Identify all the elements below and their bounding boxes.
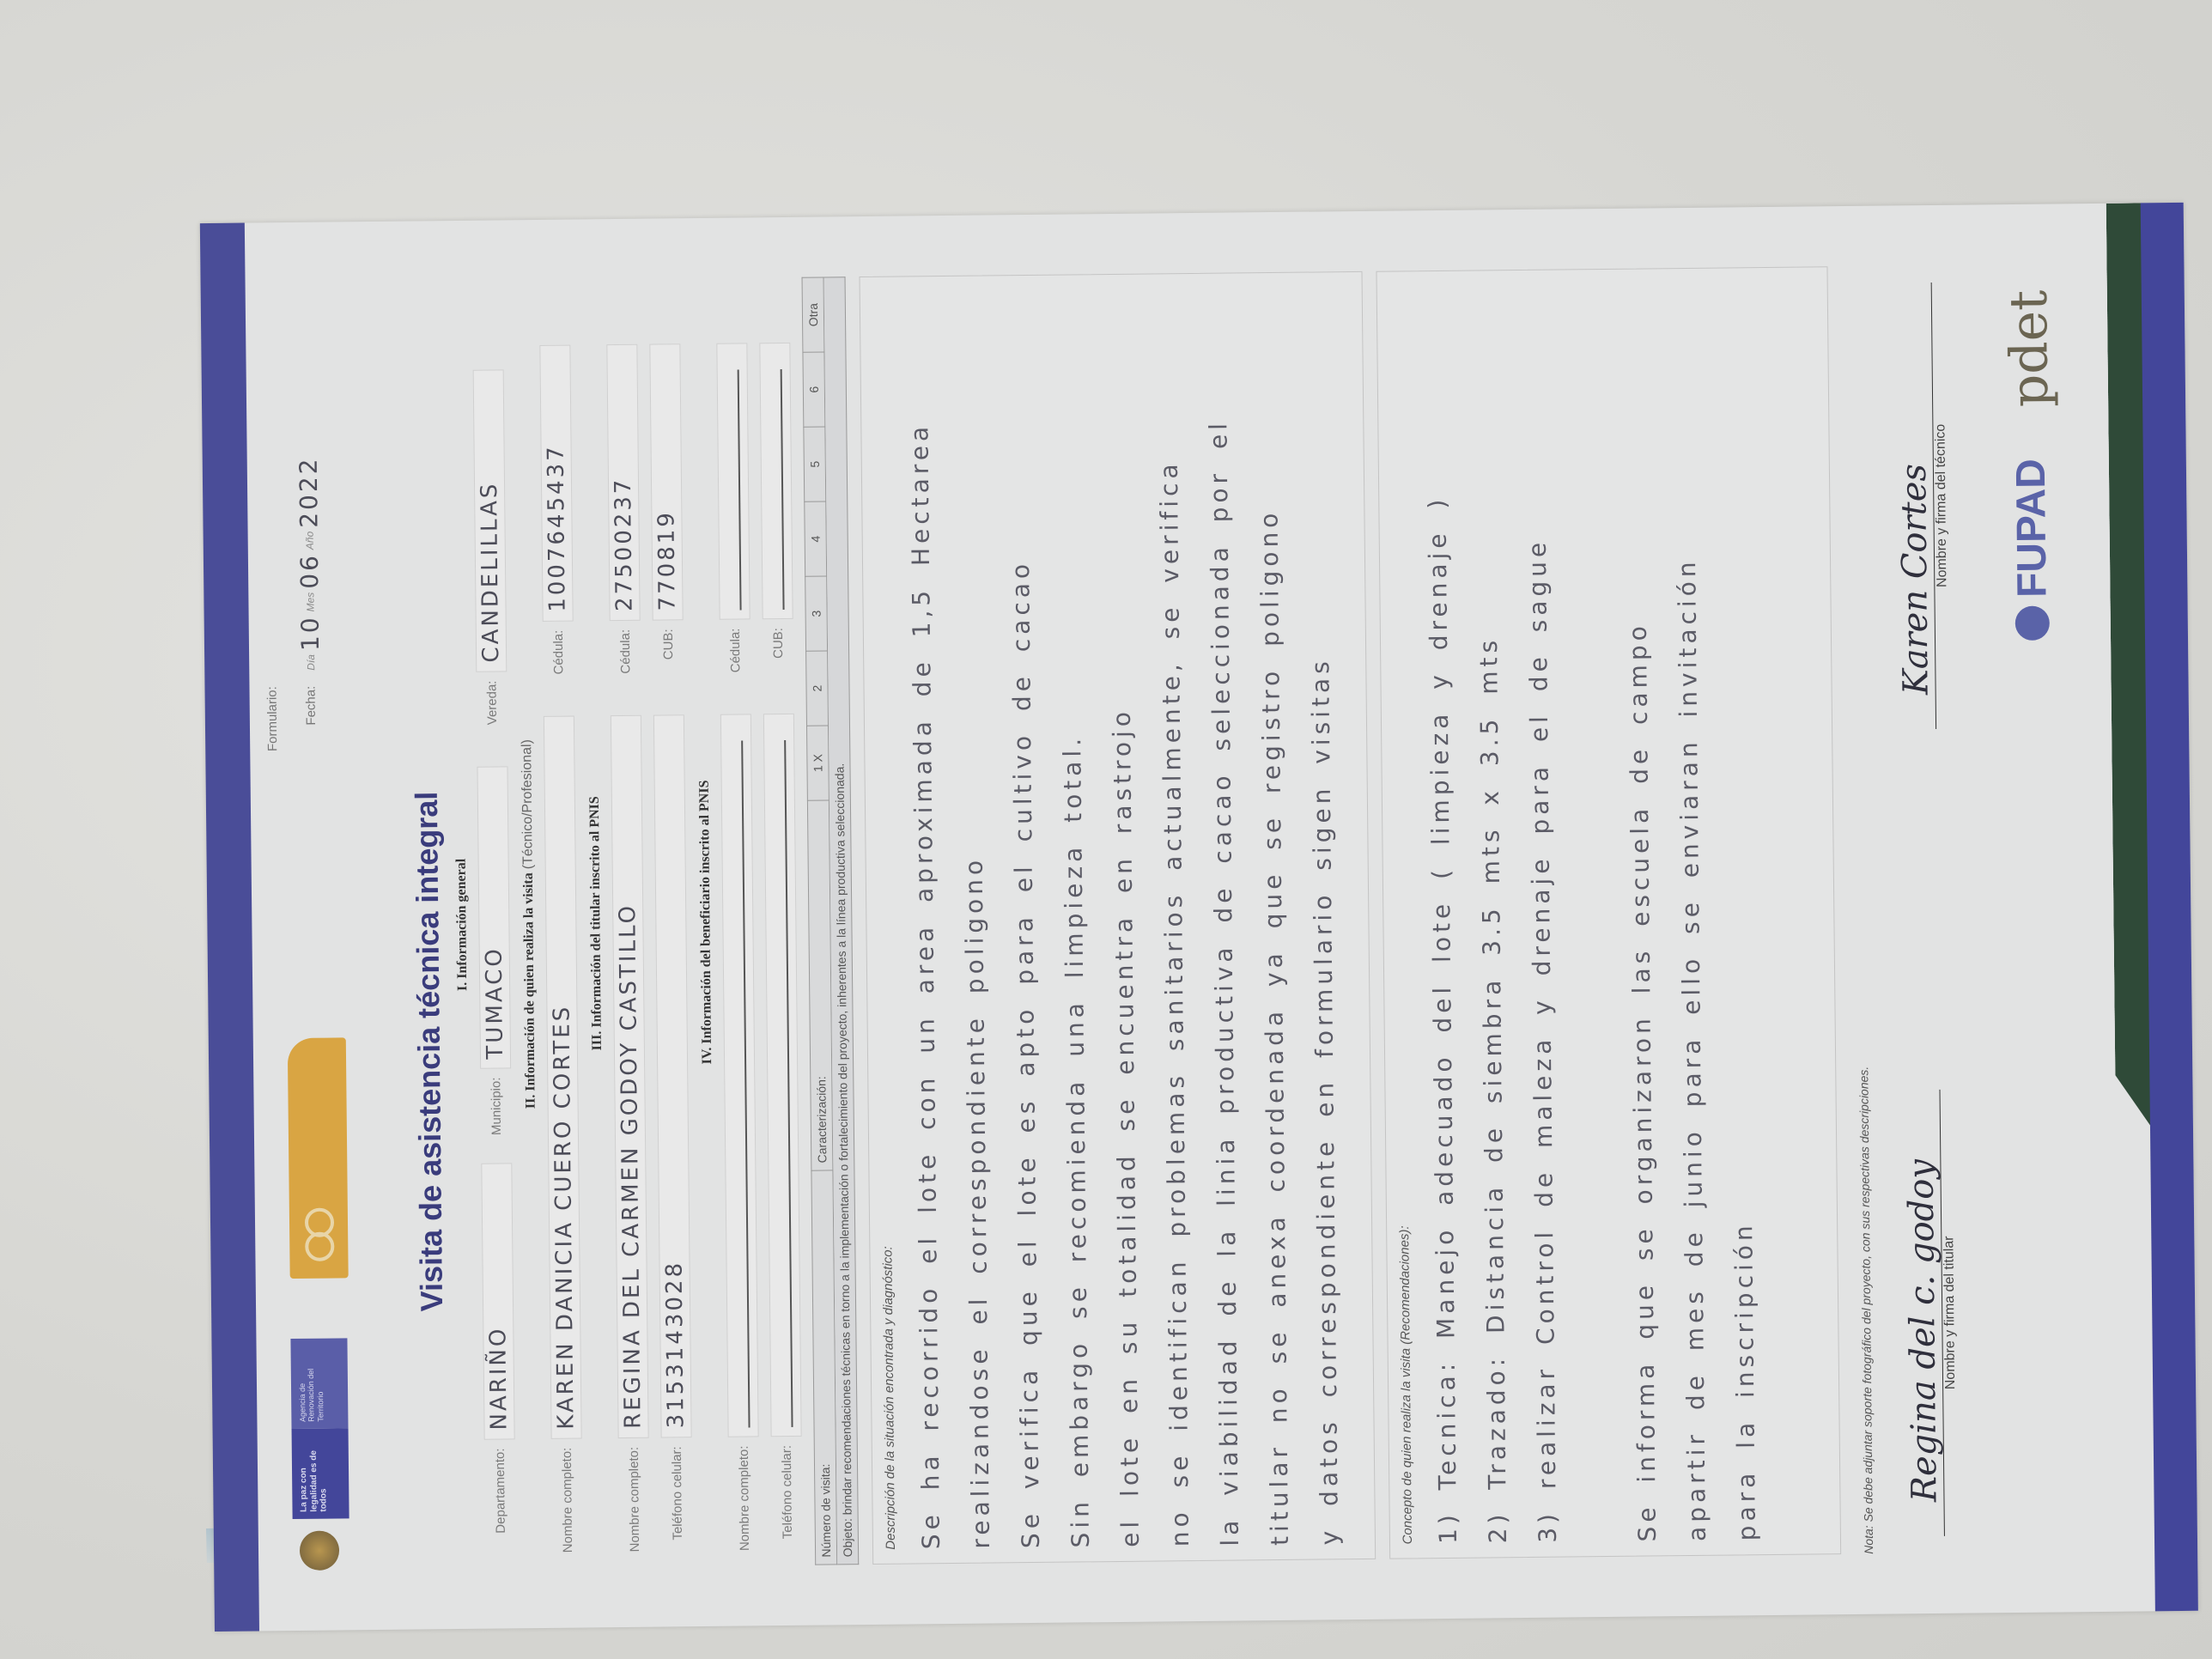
photo-support-note: Nota: Se debe adjuntar soporte fotográfi… <box>1848 266 1875 1554</box>
date-day: 10 <box>296 615 325 651</box>
visit-option-3: 3 <box>805 576 828 651</box>
footer-logos: FUPAD pdet <box>1998 264 2072 1553</box>
date-year: 2022 <box>295 456 324 528</box>
visit-option-5: 5 <box>804 427 826 501</box>
visit-option-otra: Otra <box>802 277 824 352</box>
municipio-value: TUMACO <box>477 766 511 1068</box>
visit-option-6: 6 <box>803 352 825 427</box>
form-bottom-bands <box>2106 203 2198 1612</box>
pnis-logo <box>288 1037 349 1279</box>
titular-cedula-value: 27500237 <box>606 344 640 621</box>
section-general-heading: I. Información general <box>448 281 477 1569</box>
beneficiary-cedula-blank <box>726 370 742 611</box>
vereda-value: CANDELILLAS <box>473 369 507 671</box>
departamento-value: NARIÑO <box>481 1163 514 1439</box>
titular-signature: Regina del c. godoy Nombre y firma del t… <box>1940 1090 1960 1536</box>
visit-option-4: 4 <box>805 501 827 576</box>
description-text: Se ha recorrido el lote con un area apro… <box>894 286 1355 1549</box>
colombia-coat-of-arms-icon <box>300 1530 339 1570</box>
titular-name-value: REGINA DEL CARMEN GODOY CASTILLO <box>611 715 649 1438</box>
recommendations-caption: Concepto de quien realiza la visita (Rec… <box>1388 285 1415 1544</box>
visit-option-1: 1 X <box>806 726 829 800</box>
signatures-row: Regina del c. godoy Nombre y firma del t… <box>1930 265 1960 1553</box>
description-box: Descripción de la situación encontrada y… <box>860 271 1376 1565</box>
general-info-row: Departamento: NARIÑO Municipio: TUMACO V… <box>472 280 517 1568</box>
titular-phone-value: 3153143028 <box>653 714 692 1437</box>
pdet-logo: pdet <box>1999 289 2060 407</box>
date-month: 06 <box>295 553 324 589</box>
visitor-info-row: Nombre completo: KAREN DANICIA CUERO COR… <box>539 280 584 1568</box>
beneficiary-cub-blank <box>769 369 785 610</box>
government-logo: La paz con legalidad es de todos Agencia… <box>290 1338 349 1519</box>
date-field: Fecha: Día 10 Mes 06 Año 2022 <box>293 283 326 763</box>
characterization-label: Caracterización: <box>807 800 833 1170</box>
form-title: Visita de asistencia técnica integral <box>404 281 451 1311</box>
visitor-name-value: KAREN DANICIA CUERO CORTES <box>544 716 582 1439</box>
globe-icon <box>2015 606 2050 641</box>
recommendations-box: Concepto de quien realiza la visita (Rec… <box>1376 266 1841 1559</box>
visitor-cedula-value: 1007645437 <box>539 345 573 622</box>
form-meta: Formulario: Fecha: Día 10 Mes 06 Año 202… <box>261 282 343 763</box>
formulario-label: Formulario: <box>264 686 280 763</box>
beneficiary-phone-row: Teléfono celular: CUB: <box>759 277 804 1565</box>
beneficiary-name-blank <box>729 741 750 1428</box>
titular-cub-value: 770819 <box>649 343 683 620</box>
beneficiary-phone-blank <box>772 740 793 1427</box>
section-beneficiary-heading: IV. Información del beneficiario inscrit… <box>692 278 721 1566</box>
form-header: La paz con legalidad es de todos Agencia… <box>261 282 412 1571</box>
beneficiary-name-row: Nombre completo: Cédula: <box>716 277 761 1565</box>
form-top-band <box>200 223 259 1632</box>
titular-name-row: Nombre completo: REGINA DEL CARMEN GODOY… <box>606 279 651 1567</box>
section-titular-heading: III. Información del titular inscrito al… <box>582 279 611 1567</box>
section-visitor-heading: II. Información de quien realiza la visi… <box>515 280 544 1568</box>
technician-signature: Karen Cortes Nombre y firma del técnico <box>1931 283 1952 729</box>
technical-visit-form: La paz con legalidad es de todos Agencia… <box>200 203 2198 1632</box>
titular-phone-row: Teléfono celular: 3153143028 CUB: 770819 <box>649 278 694 1566</box>
description-caption: Descripción de la situación encontrada y… <box>871 291 898 1550</box>
recommendations-text: 1) Tecnica: Manejo adecuado del lote ( l… <box>1411 282 1772 1544</box>
visit-option-2: 2 <box>806 651 829 726</box>
fupad-logo: FUPAD <box>2007 459 2056 641</box>
